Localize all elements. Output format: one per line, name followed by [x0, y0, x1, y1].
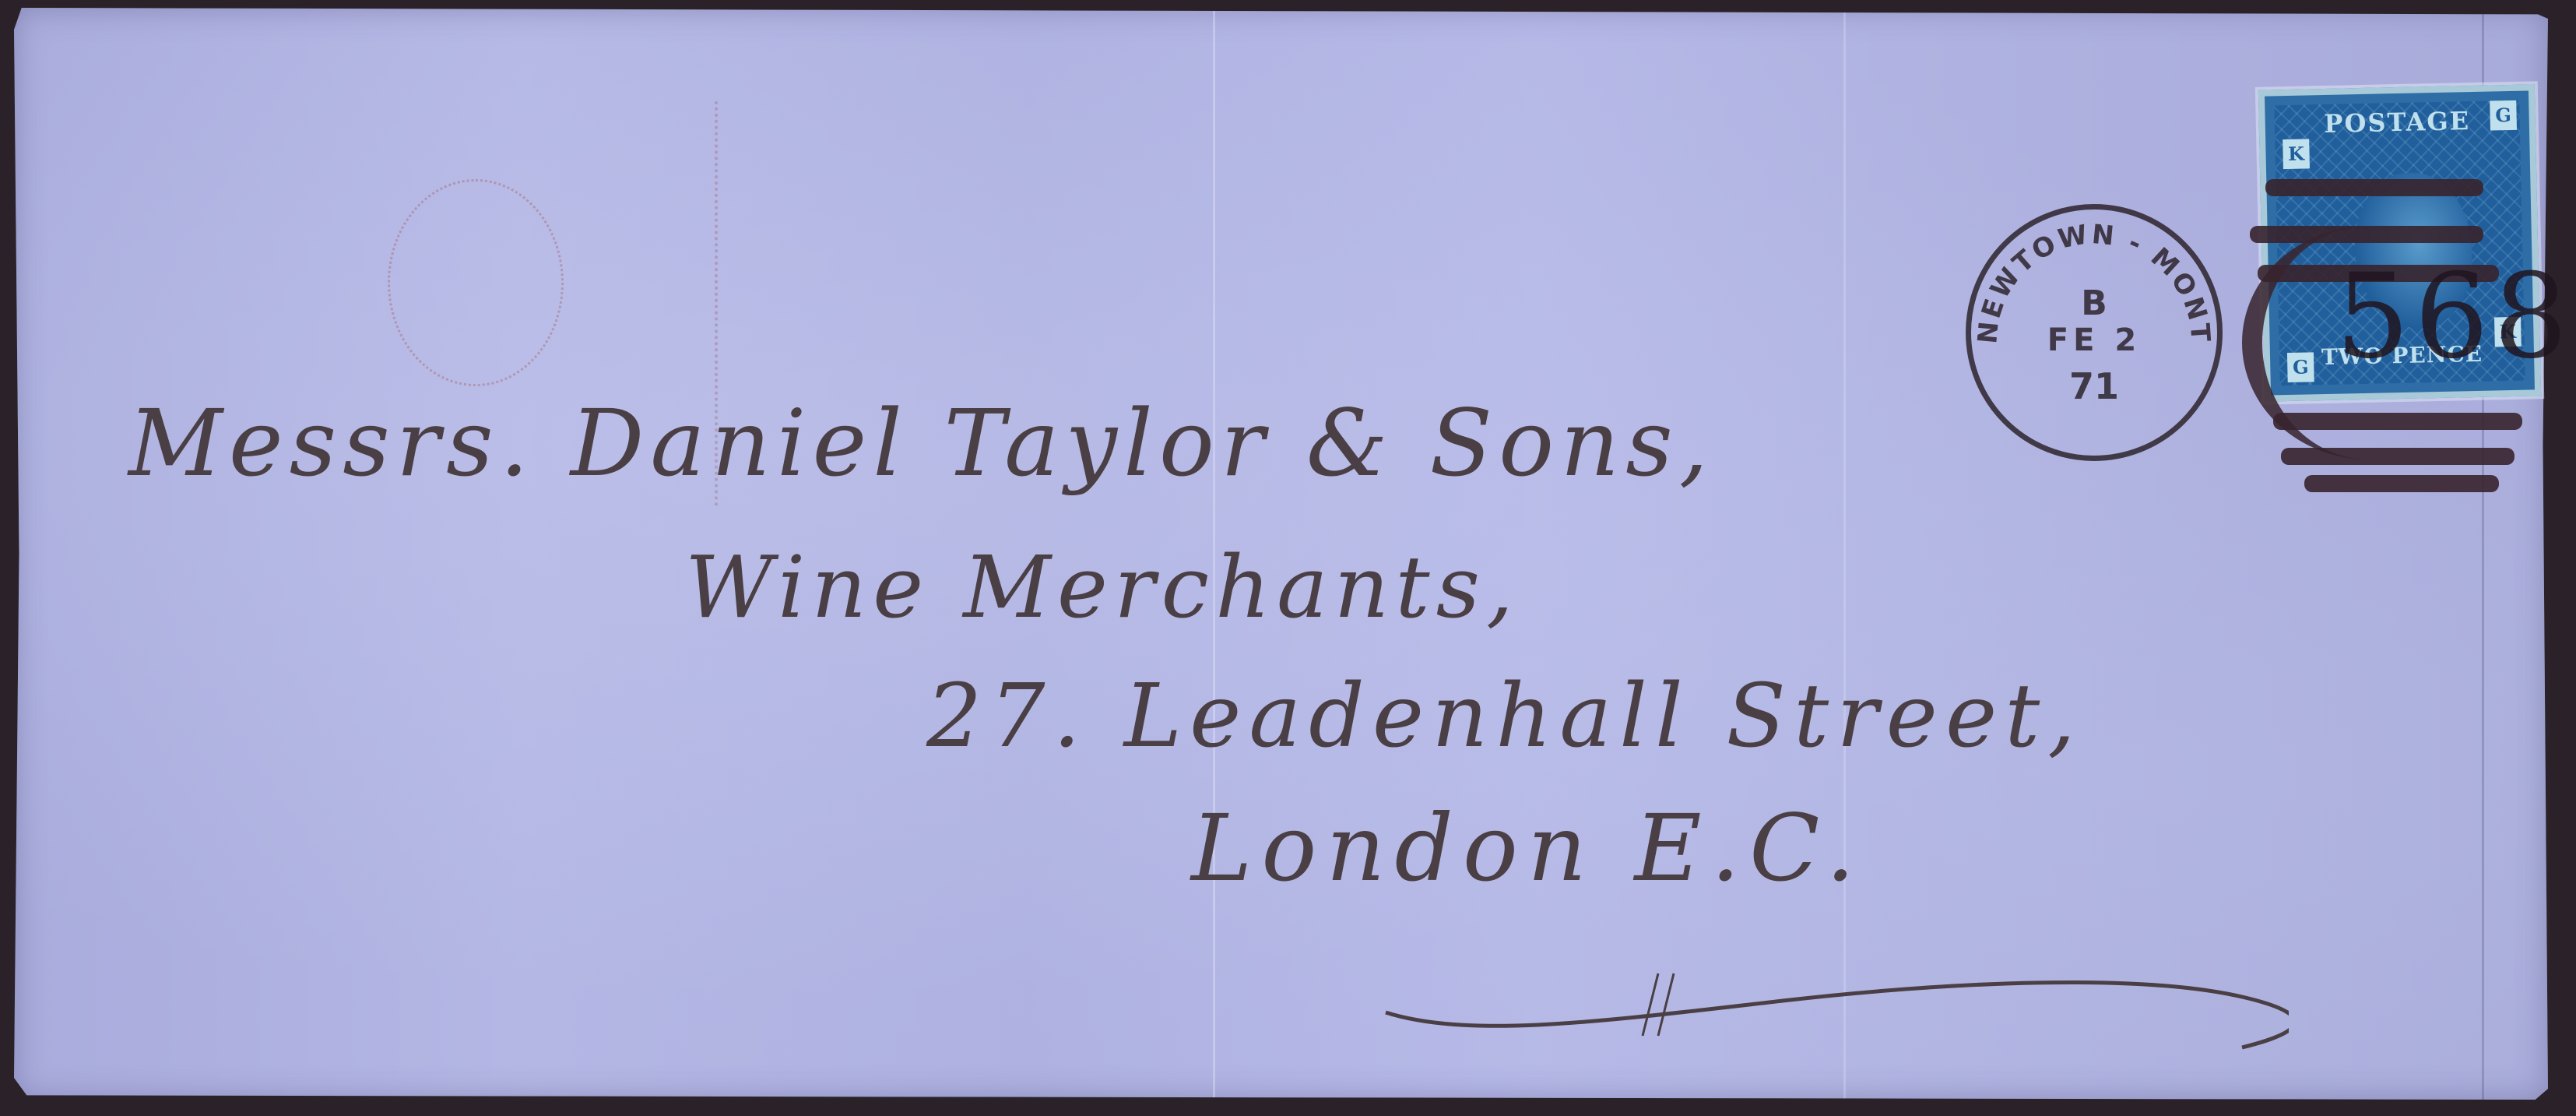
obliterator-numeral: 568: [2335, 249, 2572, 385]
cancel-bar: [2304, 475, 2499, 492]
faint-red-marking: [388, 179, 564, 386]
address-line-street: 27. Leadenhall Street,: [926, 666, 2083, 767]
fold-crease: [1843, 8, 1846, 1100]
stamp-corner-letter: G: [2490, 100, 2517, 131]
address-line-city: London E.C.: [1191, 794, 1864, 902]
underline-flourish: [1378, 966, 2289, 1051]
cancel-bar: [2265, 179, 2483, 196]
address-line-trade: Wine Merchants,: [685, 537, 1520, 637]
address-line-recipient: Messrs. Daniel Taylor & Sons,: [128, 389, 1714, 497]
